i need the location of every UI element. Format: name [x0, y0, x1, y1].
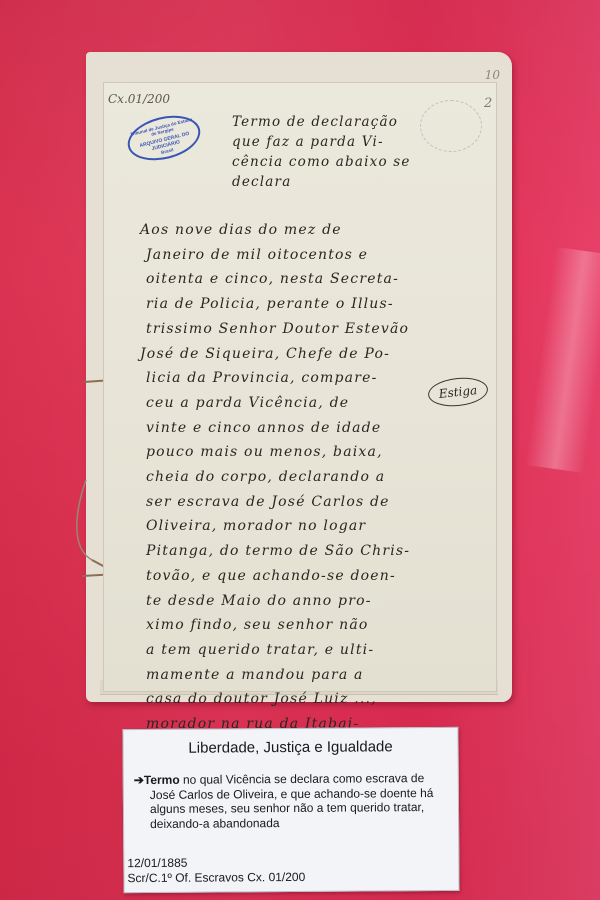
body-line: vinte e cinco annos de idade [140, 416, 480, 441]
body-line: mamente a mandou para a [140, 663, 480, 688]
body-line: a tem querido tratar, e ulti- [140, 638, 480, 663]
body-line: Oliveira, morador no logar [140, 514, 480, 539]
body-line: Pitanga, do termo de São Chris- [140, 539, 480, 564]
body-line: te desde Maio do anno pro- [140, 589, 480, 614]
body-line: ximo findo, seu senhor não [140, 613, 480, 638]
body-line: oitenta e cinco, nesta Secreta- [140, 267, 480, 292]
body-line: José de Siqueira, Chefe de Po- [140, 342, 480, 367]
manuscript-title: Termo de declaração que faz a parda Vi- … [140, 112, 480, 192]
body-line: casa do doutor José Luiz ..., [140, 687, 480, 712]
label-bold-word: Termo [144, 773, 180, 787]
archive-reference-mark: Cx.01/200 [108, 92, 170, 106]
page-number: 2 [484, 96, 492, 111]
label-title: Liberdade, Justiça e Igualdade [124, 738, 458, 757]
label-description: ➔Termo no qual Vicência se declara como … [134, 771, 446, 831]
body-line: Aos nove dias do mez de [140, 218, 480, 243]
label-date: 12/01/1885 [127, 856, 187, 871]
label-reference: Scr/C.1º Of. Escravos Cx. 01/200 [127, 870, 305, 886]
body-line: ser escrava de José Carlos de [140, 490, 480, 515]
museum-label: Liberdade, Justiça e Igualdade ➔Termo no… [122, 727, 459, 893]
arrow-icon: ➔ [134, 773, 144, 787]
title-line: Termo de declaração [232, 112, 480, 132]
title-line: declara [232, 172, 480, 192]
body-line: licia da Provincia, compare- [140, 366, 480, 391]
body-line: trissimo Senhor Doutor Estevão [140, 317, 480, 342]
body-line: pouco mais ou menos, baixa, [140, 440, 480, 465]
body-line: Janeiro de mil oitocentos e [140, 243, 480, 268]
label-description-text: no qual Vicência se declara como escrava… [150, 771, 434, 830]
body-line: tovão, e que achando-se doen- [140, 564, 480, 589]
title-line: que faz a parda Vi- [232, 132, 480, 152]
body-line: cheia do corpo, declarando a [140, 465, 480, 490]
title-line: cência como abaixo se [232, 152, 480, 172]
folder-number: 10 [485, 68, 500, 82]
body-line: ria de Policia, perante o Illus- [140, 292, 480, 317]
